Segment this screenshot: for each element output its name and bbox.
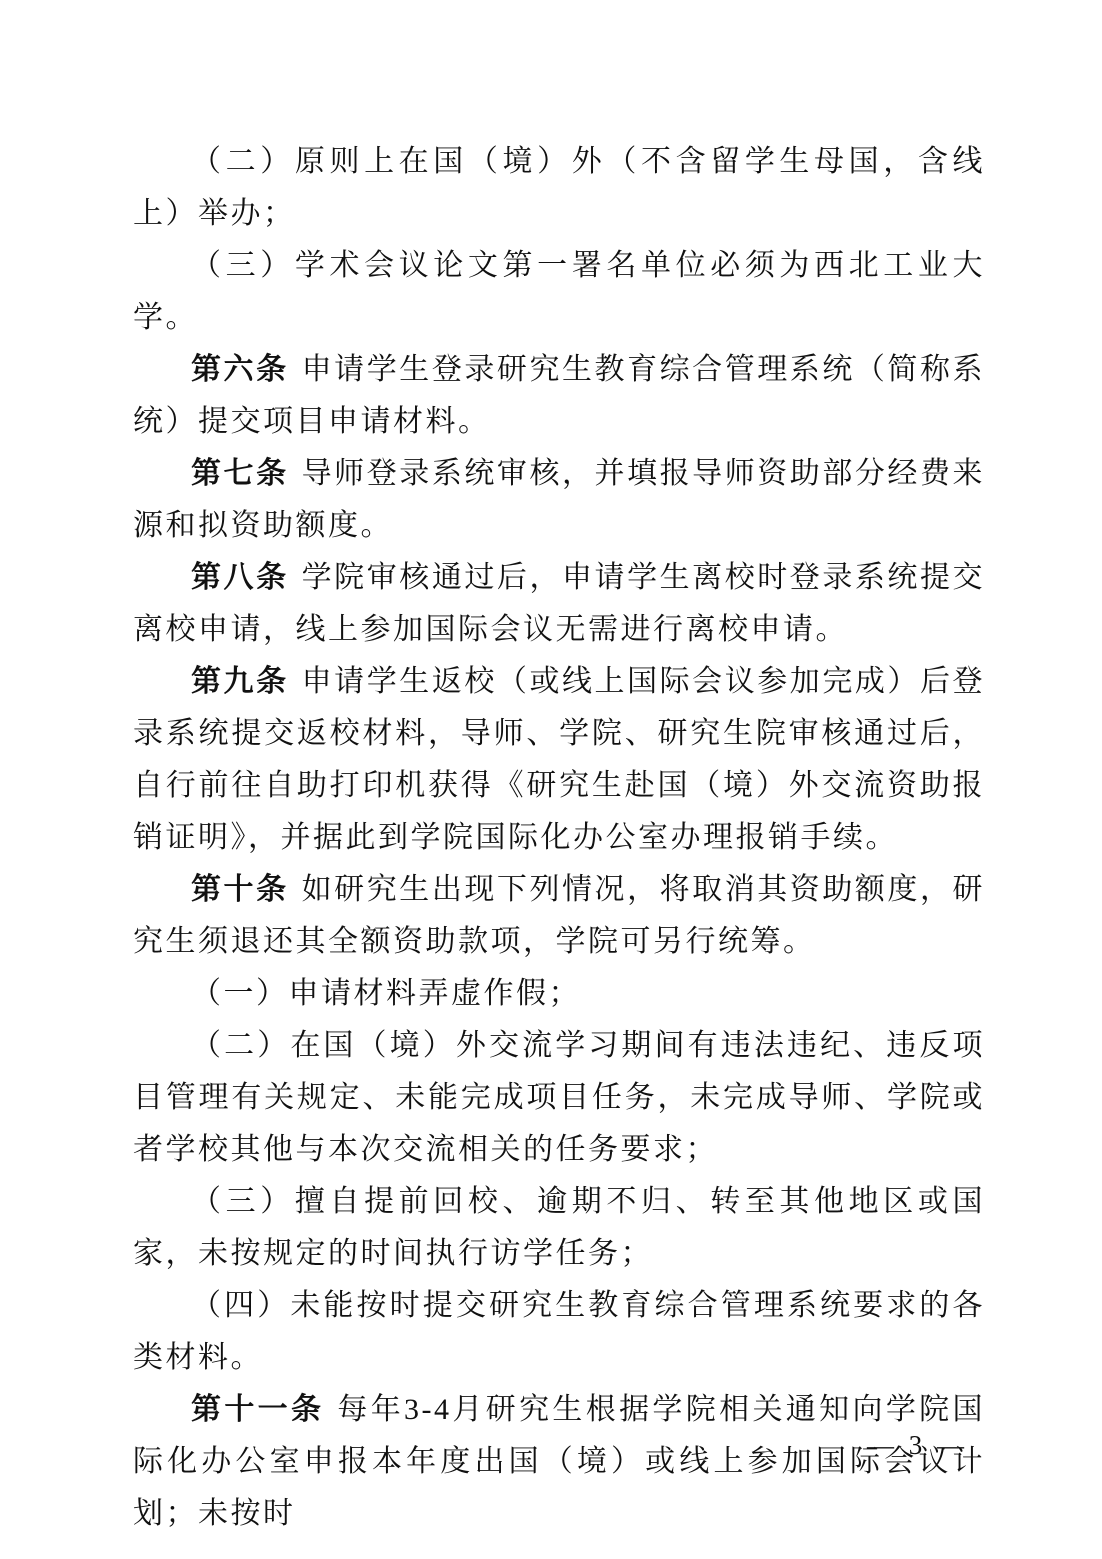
document-body: （二）原则上在国（境）外（不含留学生母国，含线上）举办；（三）学术会议论文第一署… (133, 136, 985, 1540)
article-number: 第十一条 (191, 1393, 324, 1426)
paragraph: 第十一条每年3-4月研究生根据学院相关通知向学院国际化办公室申报本年度出国（境）… (133, 1384, 985, 1540)
paragraph: （三）擅自提前回校、逾期不归、转至其他地区或国家，未按规定的时间执行访学任务； (133, 1176, 985, 1280)
paragraph: （二）在国（境）外交流学习期间有违法违纪、违反项目管理有关规定、未能完成项目任务… (133, 1020, 985, 1176)
paragraph: 第九条申请学生返校（或线上国际会议参加完成）后登录系统提交返校材料，导师、学院、… (133, 656, 985, 864)
article-number: 第七条 (191, 457, 289, 490)
article-number: 第九条 (191, 665, 289, 698)
article-number: 第六条 (191, 353, 289, 386)
paragraph: 第八条学院审核通过后，申请学生离校时登录系统提交离校申请，线上参加国际会议无需进… (133, 552, 985, 656)
paragraph: 第十条如研究生出现下列情况，将取消其资助额度，研究生须退还其全额资助款项，学院可… (133, 864, 985, 968)
paragraph: （一）申请材料弄虚作假； (133, 968, 985, 1020)
paragraph: 第七条导师登录系统审核，并填报导师资助部分经费来源和拟资助额度。 (133, 448, 985, 552)
article-number: 第八条 (191, 561, 289, 594)
article-number: 第十条 (191, 873, 289, 906)
paragraph: （三）学术会议论文第一署名单位必须为西北工业大学。 (133, 240, 985, 344)
page-number: — 3 — (867, 1430, 968, 1461)
paragraph: （二）原则上在国（境）外（不含留学生母国，含线上）举办； (133, 136, 985, 240)
paragraph: （四）未能按时提交研究生教育综合管理系统要求的各类材料。 (133, 1280, 985, 1384)
document-page: （二）原则上在国（境）外（不含留学生母国，含线上）举办；（三）学术会议论文第一署… (0, 0, 1102, 1559)
paragraph: 第六条申请学生登录研究生教育综合管理系统（简称系统）提交项目申请材料。 (133, 344, 985, 448)
